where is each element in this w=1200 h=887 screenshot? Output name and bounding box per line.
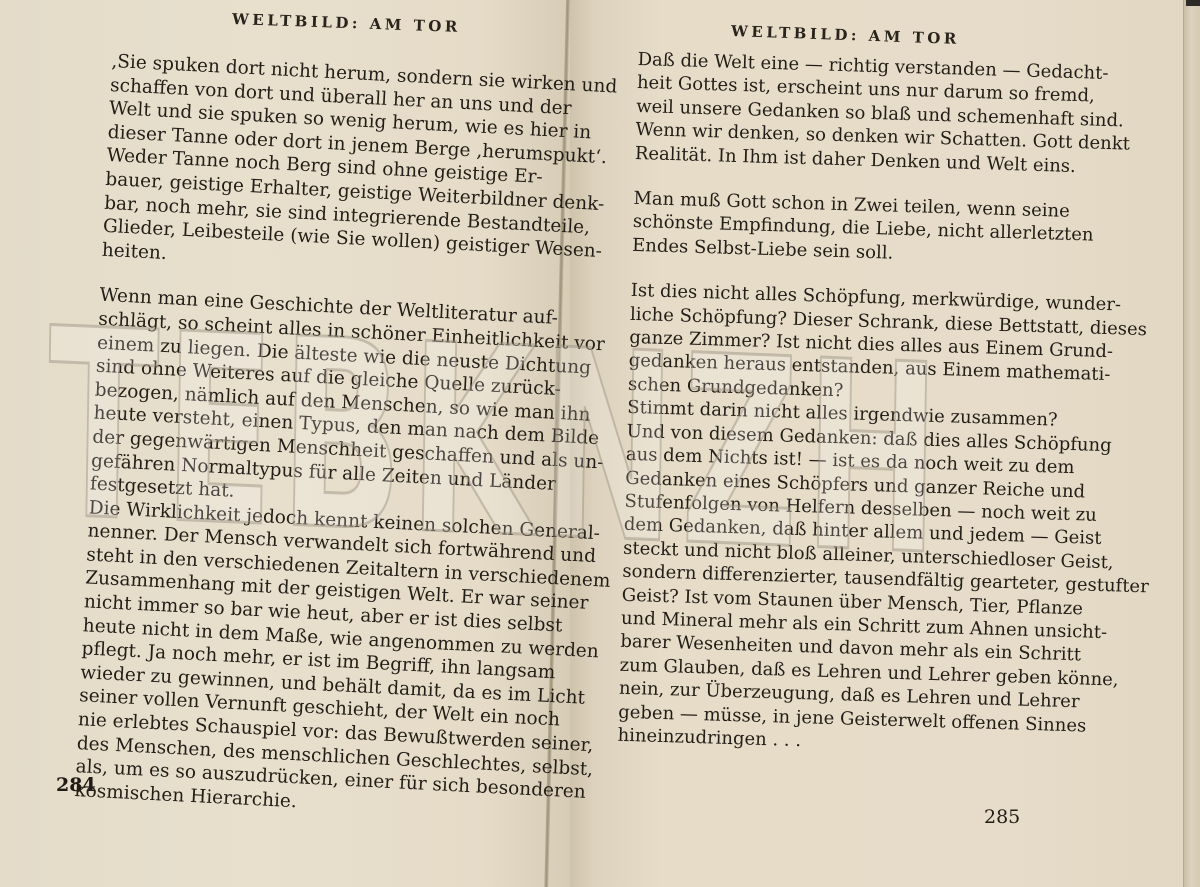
right-page-body-text: Daß die Welt eine — richtig verstanden —… (617, 48, 1164, 763)
left-page-body-text: ‚Sie spuken dort nicht herum, sondern si… (74, 50, 636, 829)
open-book-spread: WELTBILD: AM TOR 284 WELTBILD: AM TOR 28… (0, 0, 1200, 887)
page-number-right: 285 (984, 806, 1020, 828)
running-head-right: WELTBILD: AM TOR (731, 22, 960, 48)
page-edges (1183, 0, 1200, 887)
background-corner (1186, 0, 1200, 6)
running-head-left: WELTBILD: AM TOR (232, 10, 461, 36)
